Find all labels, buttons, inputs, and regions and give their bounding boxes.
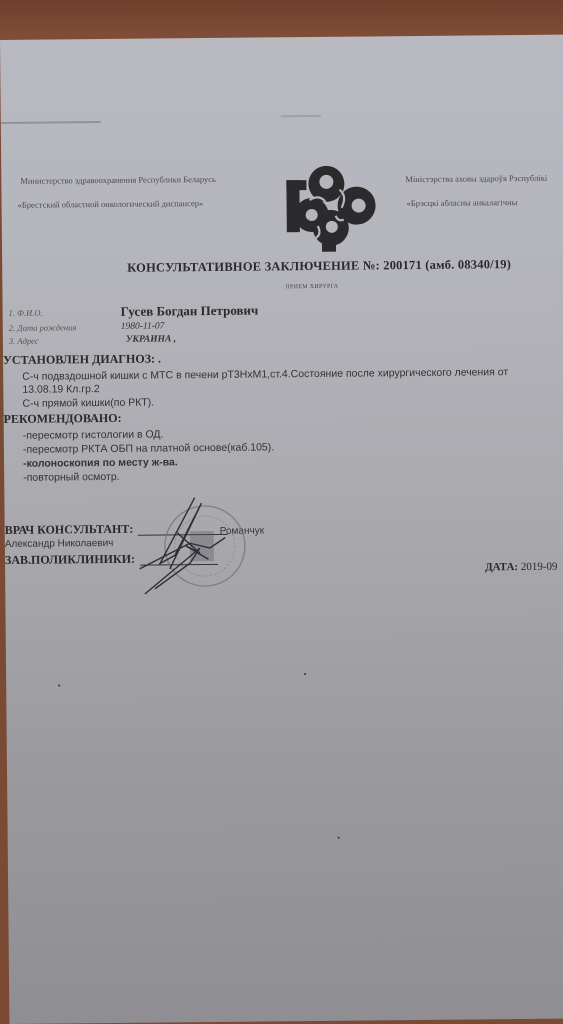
consultant-given-name: Александр Николаевич [5, 538, 114, 550]
document-date: ДАТА: 2019-09 [485, 561, 557, 574]
diagnosis-line: С-ч подвздошной кишки с МТС в печени pT3… [22, 366, 508, 383]
patient-birthdate: 1980-11-07 [121, 321, 165, 331]
date-label: ДАТА: [485, 561, 518, 573]
header-left-ministry: Министерство здравоохранения Республики … [20, 174, 216, 186]
diagnosis-line: С-ч прямой кишки(по РКТ). [22, 397, 154, 410]
header-left-institution: «Брестский областной онкологический дисп… [18, 198, 204, 210]
date-value: 2019-09 [521, 561, 558, 573]
header-right-institution: «Брэсцкі абласны анкалагічны [407, 197, 518, 208]
paper-speck [304, 673, 306, 675]
diagnosis-line: 13.08.19 Кл.гр.2 [22, 383, 100, 396]
document-title: КОНСУЛЬТАТИВНОЕ ЗАКЛЮЧЕНИЕ №: 200171 (ам… [127, 257, 511, 276]
paper-speck [338, 837, 340, 839]
paper-crease [1, 121, 101, 124]
diagnosis-heading: УСТАНОВЛЕН ДИАГНОЗ: . [3, 351, 161, 368]
head-of-clinic-label: ЗАВ.ПОЛИКЛИНИКИ: [5, 552, 135, 568]
field-label-address: 3. Адрес [9, 336, 39, 346]
paper-crease [281, 115, 321, 117]
bood-logo-icon [281, 159, 382, 252]
document-subtitle: ПРИЕМ ХИРУРГА [285, 284, 338, 291]
recommendation-item: -пересмотр гистологии в ОД. [23, 428, 164, 441]
field-label-birthdate: 2. Дата рождения [9, 322, 77, 333]
header-right-ministry: Міністэрства аховы здароўя Рэспублікі [405, 173, 547, 184]
recommendation-item: -повторный осмотр. [23, 471, 119, 484]
patient-name: Гусев Богдан Петрович [121, 303, 259, 320]
document-page: Министерство здравоохранения Республики … [0, 35, 563, 1024]
consultant-label: ВРАЧ КОНСУЛЬТАНТ: [5, 522, 134, 538]
recommendation-item: -пересмотр РКТА ОБП на платной основе(ка… [23, 441, 274, 455]
field-label-name: 1. Ф.И.О. [9, 308, 43, 318]
recommendation-item: -колоноскопия по месту ж-ва. [23, 456, 178, 469]
recommendations-heading: РЕКОМЕНДОВАНО: [4, 411, 122, 427]
patient-address: УКРАИНА , [126, 334, 176, 344]
paper-speck [58, 684, 60, 686]
handwritten-signature-icon [129, 493, 250, 604]
